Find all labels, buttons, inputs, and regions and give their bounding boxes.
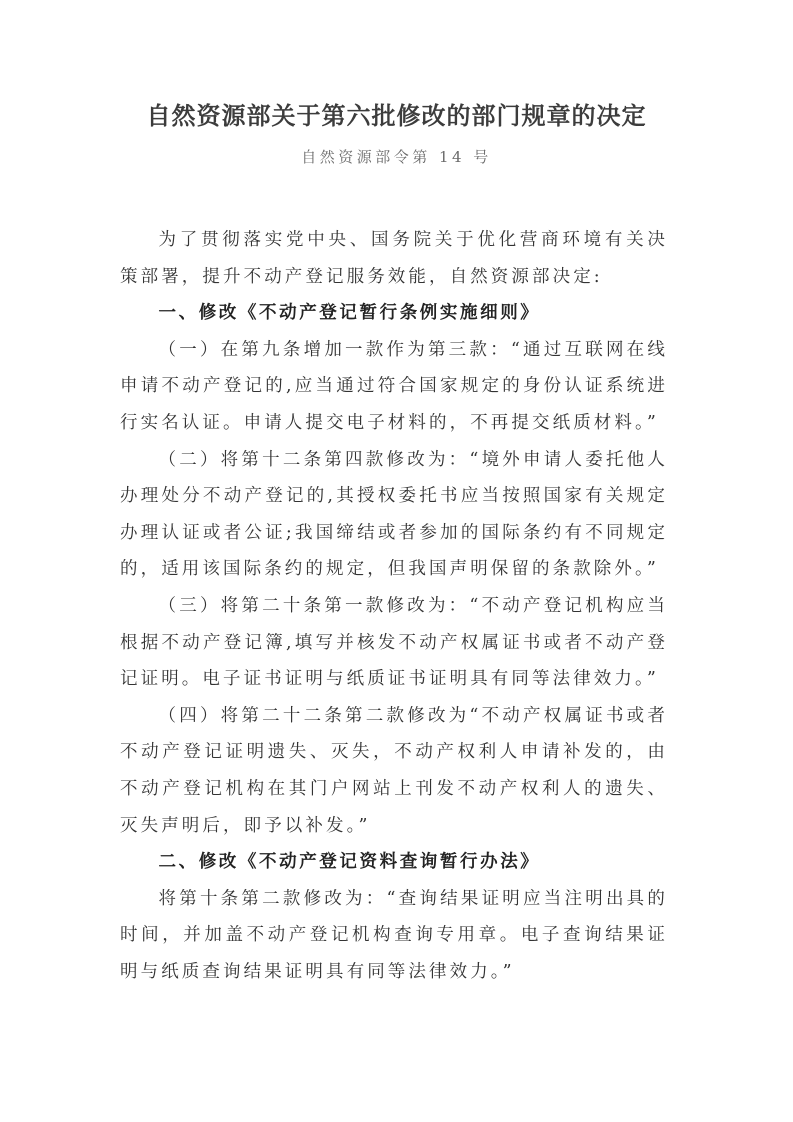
amendment-item-2: （二）将第十二条第四款修改为：“境外申请人委托他人办理处分不动产登记的,其授权委… (120, 442, 668, 588)
amendment-item-4: （四）将第二十二条第二款修改为“不动产权属证书或者不动产登记证明遗失、灭失，不动… (120, 698, 668, 844)
amendment-item-5: 将第十条第二款修改为：“查询结果证明应当注明出具的时间，并加盖不动产登记机构查询… (120, 881, 668, 991)
decree-number: 自然资源部令第 14 号 (0, 145, 793, 169)
document-title: 自然资源部关于第六批修改的部门规章的决定 (0, 98, 793, 134)
section-heading-2: 二、修改《不动产登记资料查询暂行办法》 (120, 844, 668, 881)
document-page: 自然资源部关于第六批修改的部门规章的决定 自然资源部令第 14 号 为了贯彻落实… (0, 0, 793, 1122)
section-heading-1: 一、修改《不动产登记暂行条例实施细则》 (120, 295, 668, 332)
document-body: 为了贯彻落实党中央、国务院关于优化营商环境有关决策部署，提升不动产登记服务效能，… (120, 222, 668, 990)
amendment-item-1: （一）在第九条增加一款作为第三款：“通过互联网在线申请不动产登记的,应当通过符合… (120, 332, 668, 442)
preamble-paragraph: 为了贯彻落实党中央、国务院关于优化营商环境有关决策部署，提升不动产登记服务效能，… (120, 222, 668, 295)
amendment-item-3: （三）将第二十条第一款修改为：“不动产登记机构应当根据不动产登记簿,填写并核发不… (120, 588, 668, 698)
